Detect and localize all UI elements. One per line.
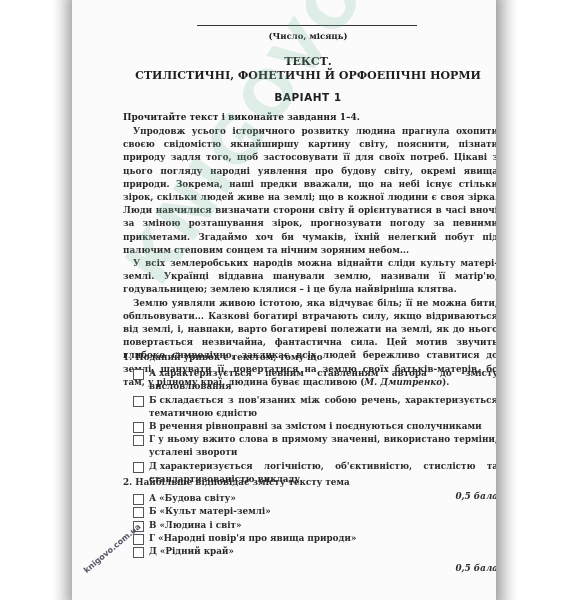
option-text: «Будова світу» [159,494,236,504]
instruction: Прочитайте текст і виконайте завдання 1–… [123,113,360,123]
answer-option-h[interactable]: Г«Народні повір'я про явища природи» [133,533,496,546]
title-line-1: ТЕКСТ. [113,55,496,69]
option-letter: В [149,521,156,531]
answer-option-v[interactable]: В«Людина і світ» [133,520,496,533]
option-letter: Д [149,462,157,472]
option-text: «Людина і світ» [159,521,241,531]
option-letter: Б [149,507,157,517]
checkbox[interactable] [133,435,144,446]
option-text: складається з пов'язаних між собою речен… [149,396,496,419]
question-text: Поданий уривок є текстом, тому що [135,353,322,363]
page-edge-right [496,0,518,600]
checkbox[interactable] [133,396,144,407]
option-letter: Г [149,435,155,445]
question-prompt: 2. Найбільше відповідає змісту тексту те… [123,477,496,490]
option-text: характеризується певним ставленням автор… [149,369,496,392]
date-caption: (Число, місяць) [113,32,496,42]
checkbox[interactable] [133,507,144,518]
paragraph: Упродовж усього історичного розвитку люд… [123,126,496,258]
checkbox[interactable] [133,547,144,558]
title-line-2: СТИЛІСТИЧНІ, ФОНЕТИЧНІ Й ОРФОЕПІЧНІ НОРМ… [113,69,496,83]
answer-option-h[interactable]: Гу ньому вжито слова в прямому значенні,… [133,434,496,460]
option-text: у ньому вжито слова в прямому значенні, … [149,435,496,458]
question-text: Найбільше відповідає змісту тексту тема [135,478,349,488]
option-letter: Д [149,547,157,557]
document-page: (Число, місяць) ТЕКСТ. СТИЛІСТИЧНІ, ФОНЕ… [72,0,496,600]
option-text: речення рівноправні за змістом і поєдную… [159,422,481,432]
question-prompt: 1. Поданий уривок є текстом, тому що [123,352,496,365]
option-text: «Рідний край» [160,547,234,557]
checkbox[interactable] [133,369,144,380]
option-letter: Б [149,396,157,406]
page-edge-left [52,0,72,600]
question-number: 1. [123,353,132,363]
option-text: «Культ матері-землі» [160,507,271,517]
paragraph: У всіх землеробських народів можна відна… [123,258,496,298]
option-letter: А [149,494,156,504]
answer-option-b[interactable]: Бскладається з пов'язаних між собою рече… [133,395,496,421]
reading-text: Упродовж усього історичного розвитку люд… [123,126,496,390]
checkbox[interactable] [133,494,144,505]
points-label: 0,5 бала [123,563,496,576]
checkbox[interactable] [133,462,144,473]
answer-option-a[interactable]: Ахарактеризується певним ставленням авто… [133,368,496,394]
answer-option-v[interactable]: Вречення рівноправні за змістом і поєдну… [133,421,496,434]
option-letter: Г [149,534,155,544]
variant-heading: ВАРІАНТ 1 [113,92,496,104]
answer-option-a[interactable]: А«Будова світу» [133,493,496,506]
date-fill-line [197,25,417,26]
question-number: 2. [123,478,132,488]
option-letter: А [149,369,156,379]
option-text: «Народні повір'я про явища природи» [158,534,356,544]
checkbox[interactable] [133,422,144,433]
page-title: ТЕКСТ. СТИЛІСТИЧНІ, ФОНЕТИЧНІ Й ОРФОЕПІЧ… [113,55,496,83]
option-letter: В [149,422,156,432]
answer-option-d[interactable]: Д«Рідний край» [133,546,496,559]
answer-option-b[interactable]: Б«Культ матері-землі» [133,506,496,519]
question-2: 2. Найбільше відповідає змісту тексту те… [123,477,496,576]
